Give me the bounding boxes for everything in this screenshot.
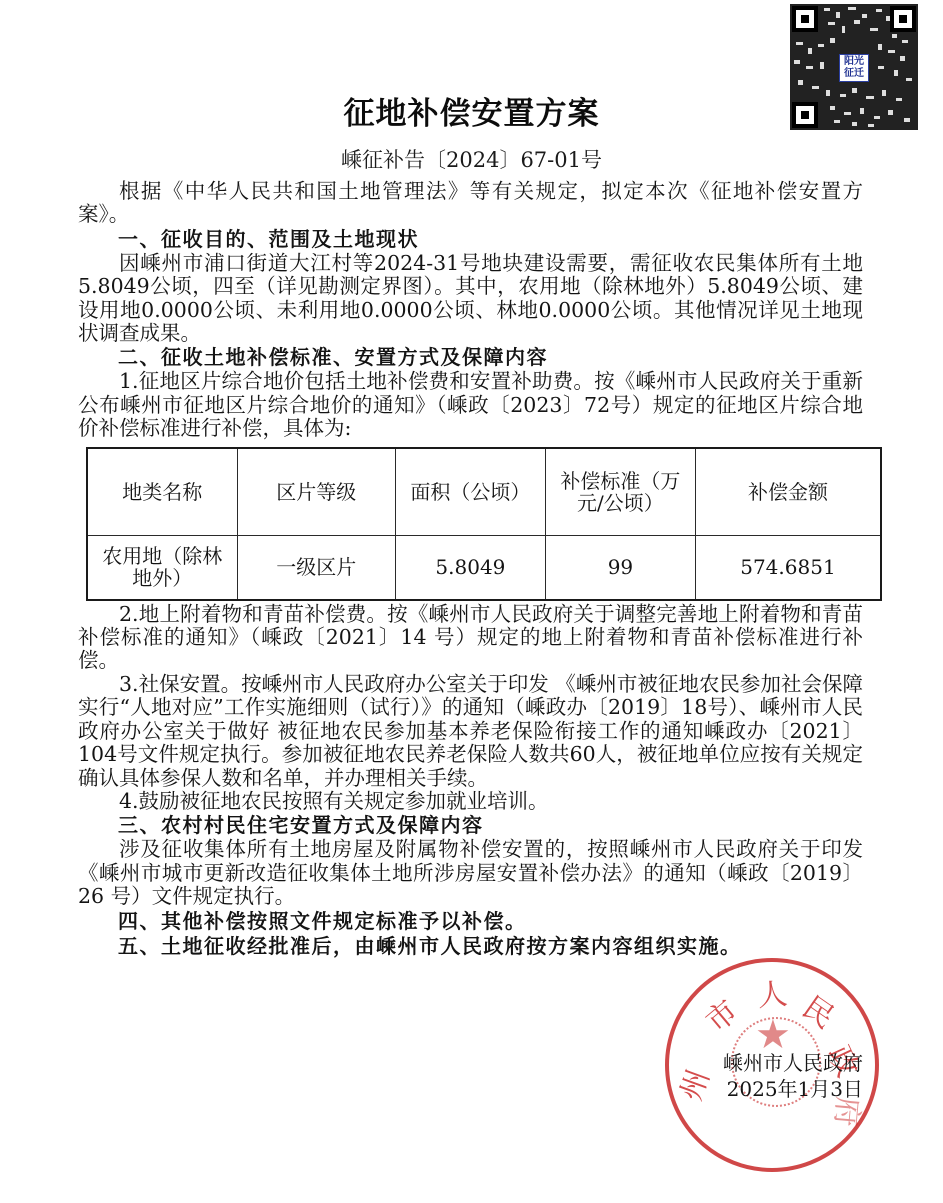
qr-logo: 阳光 征迁 bbox=[839, 54, 869, 82]
table-header-cell: 区片等级 bbox=[237, 448, 395, 536]
section4-heading: 四、其他补偿按照文件规定标准予以补偿。 bbox=[78, 909, 863, 934]
seal-char: 市 bbox=[694, 988, 745, 1041]
section1-heading: 一、征收目的、范围及土地现状 bbox=[78, 227, 863, 252]
table-header-cell: 地类名称 bbox=[87, 448, 237, 536]
issuer-name: 嵊州市人民政府 bbox=[688, 1050, 863, 1076]
qr-logo-line2: 征迁 bbox=[840, 68, 868, 80]
compensation-table: 地类名称 区片等级 面积（公顷） 补偿标准（万元/公顷） 补偿金额 农用地（除林… bbox=[86, 447, 882, 601]
section2-item2: 2.地上附着物和青苗补偿费。按《嵊州市人民政府关于调整完善地上附着物和青苗补偿标… bbox=[78, 603, 863, 673]
document-body: 根据《中华人民共和国土地管理法》等有关规定，拟定本次《征地补偿安置方案》。 一、… bbox=[78, 180, 863, 959]
qr-logo-line1: 阳光 bbox=[840, 56, 868, 68]
qr-finder-icon bbox=[792, 6, 818, 32]
seal-char: 人 bbox=[755, 969, 789, 1015]
section2-heading: 二、征收土地补偿标准、安置方式及保障内容 bbox=[78, 345, 863, 370]
table-header-row: 地类名称 区片等级 面积（公顷） 补偿标准（万元/公顷） 补偿金额 bbox=[87, 448, 881, 536]
section2-item1: 1.征地区片综合地价包括土地补偿费和安置补助费。按《嵊州市人民政府关于重新公布嵊… bbox=[78, 370, 863, 440]
section2-item3: 3.社保安置。按嵊州市人民政府办公室关于印发 《嵊州市被征地农民参加社会保障实行… bbox=[78, 673, 863, 790]
document-number: 嵊征补告〔2024〕67-01号 bbox=[0, 144, 943, 174]
section1-text: 因嵊州市浦口街道大江村等2024-31号地块建设需要，需征收农民集体所有土地5.… bbox=[78, 252, 863, 346]
section3-heading: 三、农村村民住宅安置方式及保障内容 bbox=[78, 813, 863, 838]
table-cell: 一级区片 bbox=[237, 536, 395, 600]
table-cell: 5.8049 bbox=[395, 536, 545, 600]
seal-char: 民 bbox=[795, 983, 845, 1036]
document-title: 征地补偿安置方案 bbox=[0, 88, 943, 133]
table-cell: 99 bbox=[545, 536, 695, 600]
signature-block: 嵊州市人民政府 2025年1月3日 bbox=[688, 1050, 863, 1102]
section5-heading: 五、土地征收经批准后，由嵊州市人民政府按方案内容组织实施。 bbox=[78, 934, 863, 959]
table-header-cell: 面积（公顷） bbox=[395, 448, 545, 536]
table-row: 农用地（除林地外） 一级区片 5.8049 99 574.6851 bbox=[87, 536, 881, 600]
issue-date: 2025年1月3日 bbox=[688, 1076, 863, 1102]
table-cell: 574.6851 bbox=[695, 536, 881, 600]
table-cell: 农用地（除林地外） bbox=[87, 536, 237, 600]
qr-finder-icon bbox=[890, 6, 916, 32]
section3-text: 涉及征收集体所有土地房屋及附属物补偿安置的，按照嵊州市人民政府关于印发《嵊州市城… bbox=[78, 838, 863, 908]
table-header-cell: 补偿金额 bbox=[695, 448, 881, 536]
section2-item4: 4.鼓励被征地农民按照有关规定参加就业培训。 bbox=[78, 790, 863, 813]
intro-paragraph: 根据《中华人民共和国土地管理法》等有关规定，拟定本次《征地补偿安置方案》。 bbox=[78, 180, 863, 227]
table-header-cell: 补偿标准（万元/公顷） bbox=[545, 448, 695, 536]
